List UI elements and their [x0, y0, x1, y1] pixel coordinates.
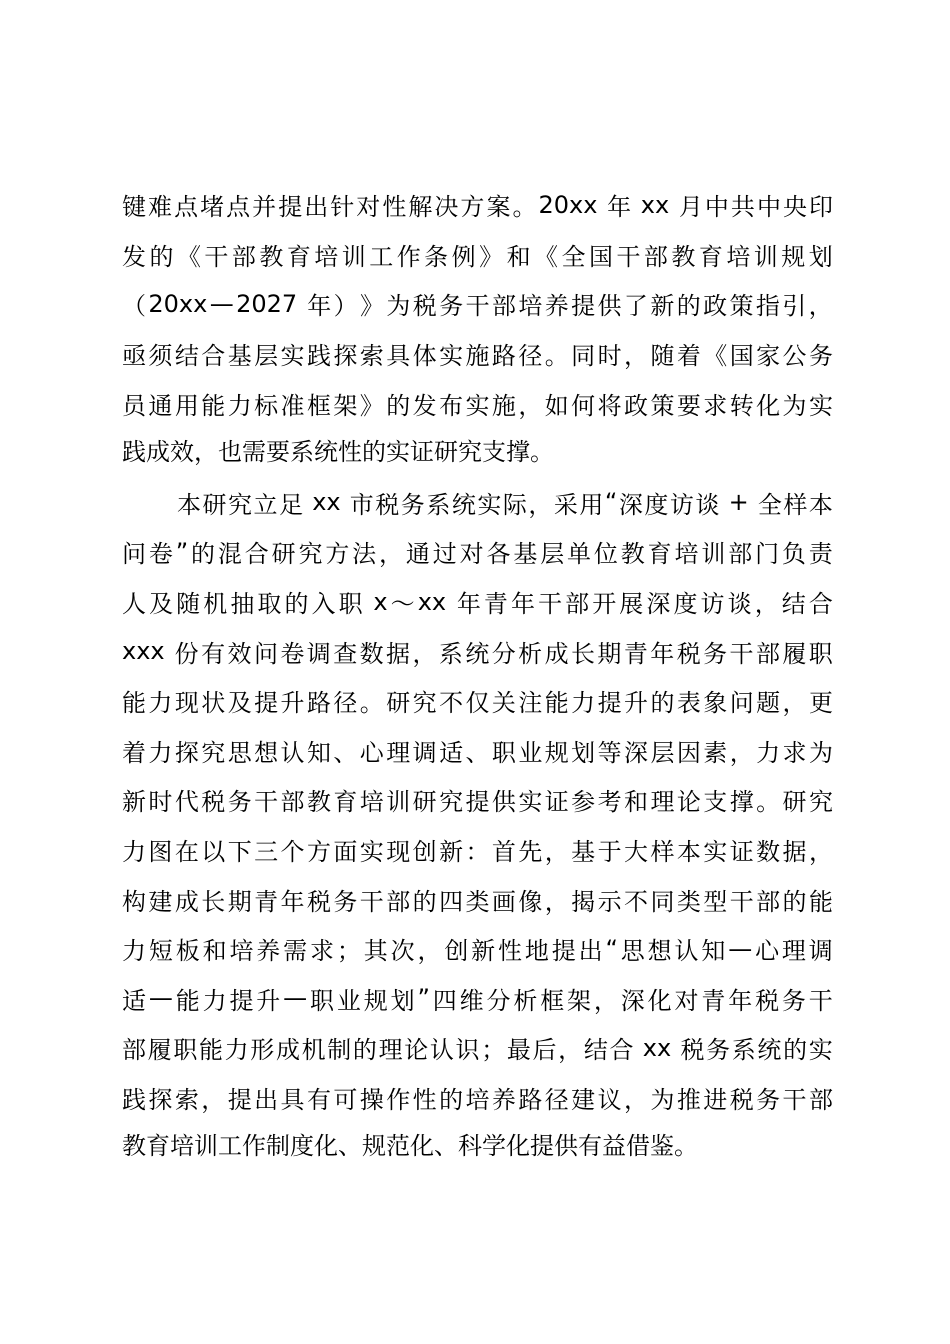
char-token: 次: [391, 931, 415, 966]
char-token: ：: [465, 832, 489, 867]
char-token: ”: [176, 538, 188, 566]
char-token: ，: [755, 584, 779, 619]
char-token: 部: [756, 634, 780, 669]
char-token: 论: [404, 1030, 428, 1065]
char-token: 深: [646, 584, 670, 619]
char-token: 划: [391, 981, 415, 1016]
char-token: 的: [783, 882, 807, 917]
char-token: 画: [492, 882, 516, 917]
char-token: 调: [809, 931, 833, 966]
char-token: 育: [333, 782, 357, 817]
char-token: 提: [598, 683, 622, 718]
char-token: 据: [386, 634, 410, 669]
char-token: 认: [281, 733, 305, 768]
char-token: 政: [703, 286, 727, 321]
char-token: 调: [307, 634, 331, 669]
char-token: 作: [386, 1080, 410, 1115]
text-line: （20xx—2027 年）》为税务干部培养提供了新的政策指引，: [122, 279, 833, 329]
char-token: 能: [809, 882, 833, 917]
char-token: 能: [201, 386, 225, 421]
char-token: 并: [252, 187, 276, 222]
char-token: 性: [413, 1080, 437, 1115]
char-token: 创: [444, 931, 468, 966]
document-page: 键难点堵点并提出针对性解决方案。20xx 年 xx 月中共中央印发的《干部教育培…: [0, 0, 950, 1344]
char-token: 层: [254, 336, 278, 371]
char-token: 升: [624, 683, 648, 718]
char-token: xxx: [122, 637, 172, 665]
char-token: 本: [177, 485, 201, 520]
char-token: 》: [360, 386, 384, 421]
char-token: 出: [304, 187, 328, 222]
char-token: 系: [426, 485, 450, 520]
char-token: 年: [511, 584, 535, 619]
char-token: 税: [680, 1030, 704, 1065]
char-token: 务: [703, 634, 727, 669]
char-token: 效: [228, 634, 252, 669]
char-token: 需: [283, 931, 307, 966]
char-token: 人: [122, 584, 146, 619]
char-token: 务: [756, 1080, 780, 1115]
char-token: 统: [465, 634, 489, 669]
char-token: 法: [352, 534, 376, 569]
char-token: 路: [492, 336, 516, 371]
char-token: 题: [756, 683, 780, 718]
char-token: 。: [512, 187, 536, 222]
char-token: 论: [677, 782, 701, 817]
char-token: 培: [360, 782, 384, 817]
char-token: 家: [756, 336, 780, 371]
char-token: 单: [567, 534, 591, 569]
text-line: 发的《干部教育培训工作条例》和《全国干部教育培训规划: [122, 230, 833, 280]
char-token: 税: [307, 882, 331, 917]
char-token: ”: [417, 984, 429, 1012]
char-token: 部: [386, 882, 410, 917]
char-token: 层: [540, 534, 564, 569]
char-token: 探: [333, 336, 357, 371]
char-token: 干: [254, 782, 278, 817]
char-token: 年: [650, 634, 674, 669]
char-token: 务: [809, 336, 833, 371]
char-token: 的: [439, 1080, 463, 1115]
char-token: 践: [122, 1080, 146, 1115]
char-token: xx: [635, 1034, 679, 1062]
char-token: 实: [360, 832, 384, 867]
char-token: 结: [175, 336, 199, 371]
char-token: 养: [545, 286, 569, 321]
char-token: 展: [619, 584, 643, 619]
char-token: 关: [492, 683, 516, 718]
char-token: 训: [701, 534, 725, 569]
char-token: 先: [518, 832, 542, 867]
char-token: 力: [571, 683, 595, 718]
char-token: 代: [175, 782, 199, 817]
paragraph: 本研究立足 xx 市税务系统实际，采用“深度访谈 + 全样本问卷”的混合研究方法…: [122, 478, 833, 1172]
char-token: ）: [334, 286, 358, 321]
char-token: 通: [406, 534, 430, 569]
char-token: 央: [783, 187, 807, 222]
char-token: 准: [281, 386, 305, 421]
char-token: 市: [350, 485, 374, 520]
char-token: 成: [545, 634, 569, 669]
char-token: 注: [518, 683, 542, 718]
char-token: 责: [809, 534, 833, 569]
char-token: 取: [257, 584, 281, 619]
char-token: 负: [782, 534, 806, 569]
char-token: 年: [307, 286, 331, 321]
char-token: 划: [809, 237, 833, 272]
char-token: 中: [705, 187, 729, 222]
char-token: 揭: [571, 882, 595, 917]
text-line: 力短板和培养需求；其次，创新性地提出“思想认知—心理调: [122, 924, 833, 974]
char-token: 考: [598, 782, 622, 817]
char-token: 素: [703, 733, 727, 768]
char-token: 方: [460, 187, 484, 222]
char-token: 规: [545, 733, 569, 768]
char-token: 地: [525, 931, 549, 966]
char-token: 力: [148, 683, 172, 718]
char-token: 发: [413, 386, 437, 421]
char-token: 例: [452, 237, 476, 272]
char-token: 究: [228, 485, 252, 520]
char-token: 的: [413, 882, 437, 917]
char-token: 的: [650, 683, 674, 718]
char-token: 长: [201, 882, 225, 917]
char-token: “: [605, 935, 617, 963]
char-token: 务: [782, 981, 806, 1016]
char-token: 进: [703, 1080, 727, 1115]
char-token: 参: [571, 782, 595, 817]
char-token: 税: [755, 981, 779, 1016]
char-token: 全: [562, 237, 586, 272]
char-token: 查: [333, 634, 357, 669]
text-line: 力图在以下三个方面实现创新：首先，基于大样本实证数据，: [122, 825, 833, 875]
char-token: 青: [254, 882, 278, 917]
char-token: 履: [148, 1030, 172, 1065]
char-token: 为: [650, 1080, 674, 1115]
char-token: 据: [783, 832, 807, 867]
char-token: 提: [278, 187, 302, 222]
char-token: 可: [333, 1080, 357, 1115]
char-token: 力: [228, 386, 252, 421]
char-token: 体: [413, 336, 437, 371]
char-token: 的: [783, 1030, 807, 1065]
char-token: 实: [809, 386, 833, 421]
char-token: 首: [492, 832, 516, 867]
char-token: 合: [201, 336, 225, 371]
char-token: 干: [204, 237, 228, 272]
char-token: 数: [756, 832, 780, 867]
char-token: 机: [203, 584, 227, 619]
char-token: 研: [386, 683, 410, 718]
char-token: 何: [571, 386, 595, 421]
char-token: 教: [259, 237, 283, 272]
char-token: 为: [809, 733, 833, 768]
char-token: 员: [122, 386, 146, 421]
text-line: 教育培训工作制度化、规范化、科学化提供有益借鉴。: [122, 1122, 833, 1172]
char-token: 国: [730, 336, 754, 371]
char-token: 和: [624, 782, 648, 817]
char-token: ；: [337, 931, 361, 966]
char-token: 索: [175, 1080, 199, 1115]
char-token: 干: [783, 1080, 807, 1115]
char-token: 研: [413, 782, 437, 817]
char-token: 化: [756, 386, 780, 421]
char-token: 年: [457, 584, 481, 619]
char-token: 业: [337, 981, 361, 1016]
char-token: 堵: [200, 187, 224, 222]
char-token: 、: [333, 733, 357, 768]
char-token: 个: [281, 832, 305, 867]
char-token: 深: [621, 981, 645, 1016]
char-token: 解: [408, 187, 432, 222]
char-token: 究: [439, 782, 463, 817]
char-token: 力: [122, 832, 146, 867]
char-token: 职: [809, 634, 833, 669]
char-token: 仅: [465, 683, 489, 718]
char-token: 的: [191, 534, 215, 569]
char-token: 出: [254, 1080, 278, 1115]
char-token: 类: [677, 882, 701, 917]
char-token: 年: [728, 981, 752, 1016]
char-token: 践: [307, 336, 331, 371]
char-token: 路: [518, 1080, 542, 1115]
char-token: 理: [650, 782, 674, 817]
char-token: 月: [679, 187, 703, 222]
char-token: xx: [633, 191, 677, 219]
text-block: 键难点堵点并提出针对性解决方案。20xx 年 xx 月中共中央印发的《干部教育培…: [122, 180, 833, 1172]
char-token: 印: [809, 187, 833, 222]
char-token: 策: [650, 386, 674, 421]
paragraph: 键难点堵点并提出针对性解决方案。20xx 年 xx 月中共中央印发的《干部教育培…: [122, 180, 833, 478]
char-token: 图: [148, 832, 172, 867]
char-token: 统: [452, 485, 476, 520]
char-token: 实: [809, 1030, 833, 1065]
char-token: 想: [648, 931, 672, 966]
text-line: 人及随机抽取的入职 x～xx 年青年干部开展深度访谈，结合: [122, 577, 833, 627]
char-token: 建: [148, 882, 172, 917]
char-token: 部: [122, 1030, 146, 1065]
char-token: 现: [386, 832, 410, 867]
char-token: 职: [310, 981, 334, 1016]
char-token: ，: [558, 1030, 582, 1065]
char-token: 职: [173, 1030, 197, 1065]
char-token: 力: [756, 733, 780, 768]
char-token: 际: [503, 485, 527, 520]
char-token: 不: [439, 683, 463, 718]
char-token: 于: [598, 832, 622, 867]
char-token: 样: [783, 485, 807, 520]
char-token: 部: [756, 882, 780, 917]
char-token: 训: [342, 237, 366, 272]
char-token: 随: [650, 336, 674, 371]
char-token: 和: [203, 931, 227, 966]
char-token: 位: [594, 534, 618, 569]
char-token: 开: [592, 584, 616, 619]
char-token: —: [210, 290, 234, 318]
char-token: ，: [201, 1080, 225, 1115]
char-token: 系: [439, 634, 463, 669]
char-token: 新: [650, 286, 674, 321]
char-token: 合: [609, 1030, 633, 1065]
char-token: 理: [782, 931, 806, 966]
char-token: ，: [545, 832, 569, 867]
char-token: 方: [325, 534, 349, 569]
char-token: 时: [598, 336, 622, 371]
char-token: —: [149, 984, 173, 1012]
char-token: ，: [809, 286, 833, 321]
char-token: 象: [703, 683, 727, 718]
char-token: 知: [701, 931, 725, 966]
char-token: 入: [312, 584, 336, 619]
char-token: 究: [298, 534, 322, 569]
char-token: 青: [484, 584, 508, 619]
char-token: 成: [175, 882, 199, 917]
char-token: 层: [650, 733, 674, 768]
char-token: 的: [149, 237, 173, 272]
char-token: 各: [486, 534, 510, 569]
char-token: 成: [276, 1030, 300, 1065]
char-token: 通: [148, 386, 172, 421]
char-token: 能: [545, 683, 569, 718]
char-token: 结: [782, 584, 806, 619]
char-token: 基: [513, 534, 537, 569]
char-token: 指: [756, 286, 780, 321]
char-token: 务: [439, 286, 463, 321]
text-line: 键难点堵点并提出针对性解决方案。20xx 年 xx 月中共中央印: [122, 180, 833, 230]
char-token: 规: [364, 981, 388, 1016]
char-token: 力: [225, 1030, 249, 1065]
char-token: 抽: [230, 584, 254, 619]
char-token: 力: [203, 981, 227, 1016]
char-token: 养: [256, 931, 280, 966]
char-token: 能: [122, 683, 146, 718]
char-token: 析: [518, 634, 542, 669]
char-token: 等: [598, 733, 622, 768]
char-token: 分: [492, 634, 516, 669]
char-token: 究: [413, 683, 437, 718]
char-token: 税: [677, 634, 701, 669]
char-token: 性: [498, 931, 522, 966]
char-token: 同: [571, 336, 595, 371]
char-token: 理: [379, 1030, 403, 1065]
text-line: 亟须结合基层实践探索具体实施路径。同时，随着《国家公务: [122, 329, 833, 379]
char-token: 部: [281, 782, 305, 817]
char-token: 心: [360, 733, 384, 768]
char-token: 因: [677, 733, 701, 768]
char-token: 升: [281, 683, 305, 718]
char-token: 制: [327, 1030, 351, 1065]
char-token: 数: [360, 634, 384, 669]
char-token: 税: [730, 1080, 754, 1115]
char-token: 如: [545, 386, 569, 421]
char-token: 访: [701, 584, 725, 619]
char-token: 下: [228, 832, 252, 867]
char-token: 共: [731, 187, 755, 222]
char-token: 短: [149, 931, 173, 966]
char-token: 以: [201, 832, 225, 867]
char-token: ，: [518, 386, 542, 421]
char-token: 框: [307, 386, 331, 421]
char-token: 心: [755, 931, 779, 966]
char-token: 在: [175, 832, 199, 867]
char-token: 》: [479, 237, 503, 272]
char-token: 供: [598, 286, 622, 321]
char-token: 针: [330, 187, 354, 222]
char-token: 》: [360, 286, 384, 321]
char-token: 立: [254, 485, 278, 520]
char-token: 径: [545, 1080, 569, 1115]
char-token: 着: [122, 733, 146, 768]
char-token: 务: [706, 1030, 730, 1065]
char-token: 培: [229, 931, 253, 966]
char-token: 究: [809, 782, 833, 817]
char-token: 维: [460, 981, 484, 1016]
char-token: 四: [439, 882, 463, 917]
char-token: 求: [310, 931, 334, 966]
char-token: 分: [486, 981, 510, 1016]
char-token: 问: [122, 534, 146, 569]
char-token: 培: [465, 1080, 489, 1115]
char-token: 干: [616, 237, 640, 272]
char-token: 实: [281, 336, 305, 371]
char-token: 状: [201, 683, 225, 718]
char-token: —: [728, 935, 752, 963]
text-line: 能力现状及提升路径。研究不仅关注能力提升的表象问题，更: [122, 676, 833, 726]
char-token: 期: [228, 882, 252, 917]
char-token: 干: [730, 634, 754, 669]
char-token: 提: [229, 981, 253, 1016]
char-token: 务: [401, 485, 425, 520]
char-token: 方: [307, 832, 331, 867]
text-line: 问卷”的混合研究方法，通过对各基层单位教育培训部门负责: [122, 527, 833, 577]
char-token: 部: [492, 286, 516, 321]
char-token: 结: [584, 1030, 608, 1065]
char-token: xx: [418, 588, 454, 616]
char-token: 框: [540, 981, 564, 1016]
char-token: 部: [232, 237, 256, 272]
char-token: 育: [648, 534, 672, 569]
char-token: 创: [413, 832, 437, 867]
char-token: 对: [674, 981, 698, 1016]
char-token: 深: [624, 733, 648, 768]
char-token: 实: [477, 485, 501, 520]
char-token: 及: [228, 683, 252, 718]
char-token: ，: [624, 336, 648, 371]
char-token: 政: [624, 386, 648, 421]
char-token: 力: [148, 733, 172, 768]
char-token: 业: [518, 733, 542, 768]
char-token: 教: [621, 534, 645, 569]
char-token: 最: [507, 1030, 531, 1065]
char-token: 形: [250, 1030, 274, 1065]
char-token: 2027: [236, 290, 305, 318]
char-token: 、: [465, 733, 489, 768]
char-token: —: [283, 984, 307, 1012]
char-token: 卷: [280, 634, 304, 669]
char-token: 转: [730, 386, 754, 421]
char-token: 对: [356, 187, 380, 222]
char-token: 税: [375, 485, 399, 520]
char-token: 操: [360, 1080, 384, 1115]
char-token: 研: [783, 782, 807, 817]
char-token: 案: [486, 187, 510, 222]
char-token: 部: [728, 534, 752, 569]
char-token: 表: [677, 683, 701, 718]
char-token: 育: [699, 237, 723, 272]
char-token: 能: [176, 981, 200, 1016]
char-token: 架: [333, 386, 357, 421]
char-token: 合: [809, 584, 833, 619]
